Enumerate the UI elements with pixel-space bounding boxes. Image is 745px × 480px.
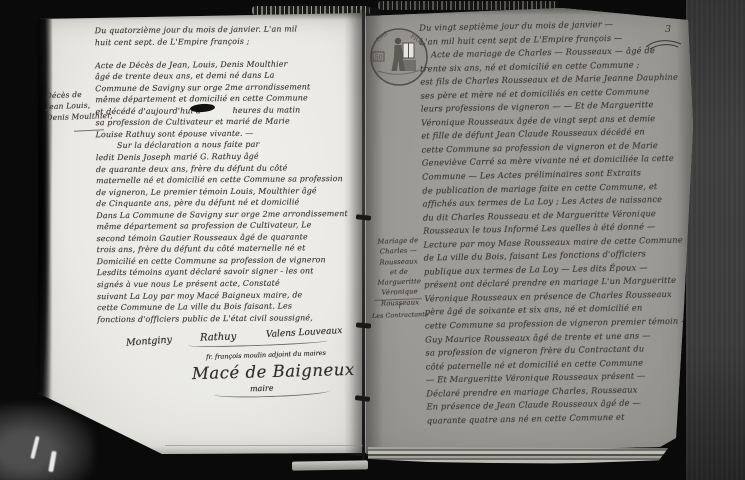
stamp-figure-head — [395, 38, 401, 44]
binding-edge-shadow — [28, 15, 53, 407]
page-edge-fringe — [378, 1, 558, 10]
right-page: EMP. FRAN. 50 3 Mariage deCharles —Rouss… — [366, 6, 696, 462]
signature-flourish — [214, 386, 330, 399]
page-edge-sliver — [292, 460, 368, 470]
signature-secretary: fr. françois moulin adjoint du maires — [206, 349, 326, 361]
handwritten-line: fonctions d'officiers public de L'état c… — [97, 311, 369, 325]
register-scan-photo: Décès deJean Louis,Denis Moulthier, Du q… — [0, 0, 745, 480]
page-bottom-crease — [165, 445, 363, 446]
photo-background-right — [686, 0, 745, 480]
signature-witness-1: Montginy — [126, 334, 173, 348]
signature-maire: Macé de Baigneux — [192, 360, 355, 383]
left-page: Décès deJean Louis,Denis Moulthier, Du q… — [28, 10, 370, 462]
marriage-act-text: Du vingt septième jour du mois de janvie… — [419, 16, 695, 427]
foreground-shadow-blob — [0, 404, 94, 480]
book-spine — [362, 11, 365, 461]
death-act-text: Du quatorzième jour du mois de janvier. … — [95, 23, 370, 326]
handwritten-line: maternelle né et domicilié en cette Comm… — [96, 173, 368, 187]
gutter-shadow — [344, 10, 363, 456]
stacked-page-edges — [368, 447, 668, 464]
gutter-shadow — [366, 8, 383, 456]
signature-witness-3: Valens Louveaux — [266, 326, 343, 340]
